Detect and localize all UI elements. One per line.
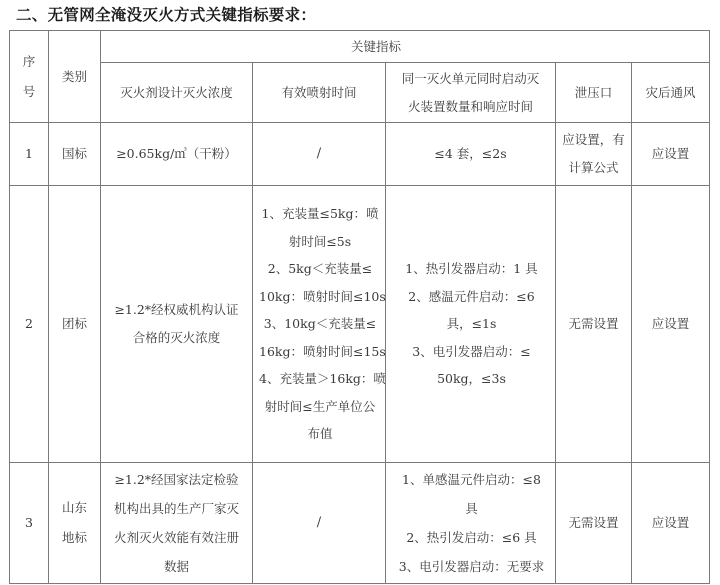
cell-seq: 3 bbox=[10, 463, 49, 584]
header-row-columns: 灭火剂设计灭火浓度 有效喷射时间 同一灭火单元同时启动灭 火装置数量和响应时间 … bbox=[10, 63, 710, 123]
cell-vent: 应设置，有 计算公式 bbox=[556, 123, 632, 186]
header-seq: 序 号 bbox=[10, 31, 49, 123]
spray-time-line: 4、充装量＞16kg：喷 bbox=[259, 365, 381, 393]
cell-category: 山东 地标 bbox=[49, 463, 101, 584]
spray-time-line: 10kg：喷射时间≤10s bbox=[259, 283, 381, 311]
units-response-line: 2、感温元件启动：≤6 bbox=[392, 283, 551, 311]
header-units-response: 同一灭火单元同时启动灭 火装置数量和响应时间 bbox=[386, 63, 556, 123]
cell-post-ventilation: 应设置 bbox=[632, 463, 710, 584]
header-row-group: 序 号 类别 关键指标 bbox=[10, 31, 710, 63]
concentration-line: 机构出具的生产厂家灭 bbox=[105, 494, 248, 523]
units-response-line: 3、电引发器启动：无要求 bbox=[392, 552, 551, 581]
document-title: 二、无管网全淹没灭火方式关键指标要求： bbox=[16, 3, 316, 25]
spray-time-line: 布值 bbox=[259, 420, 381, 448]
cell-vent-line1: 应设置，有 bbox=[560, 126, 627, 154]
spray-time-line: 1、充装量≤5kg：喷 bbox=[259, 200, 381, 228]
cell-vent-line2: 计算公式 bbox=[560, 154, 627, 182]
concentration-line: 数据 bbox=[105, 552, 248, 581]
header-concentration: 灭火剂设计灭火浓度 bbox=[101, 63, 253, 123]
cell-seq: 2 bbox=[10, 186, 49, 463]
cell-post-ventilation: 应设置 bbox=[632, 186, 710, 463]
header-spray-time: 有效喷射时间 bbox=[253, 63, 386, 123]
spray-time-line: 16kg：喷射时间≤15s bbox=[259, 338, 381, 366]
cell-concentration: ≥1.2*经国家法定检验 机构出具的生产厂家灭 火剂灭火效能有效注册 数据 bbox=[101, 463, 253, 584]
cell-concentration-line1: ≥1.2*经权威机构认证 bbox=[105, 296, 248, 324]
header-vent: 泄压口 bbox=[556, 63, 632, 123]
table-row: 2 团标 ≥1.2*经权威机构认证 合格的灭火浓度 1、充装量≤5kg：喷 射时… bbox=[10, 186, 710, 463]
cell-category: 国标 bbox=[49, 123, 101, 186]
cell-vent: 无需设置 bbox=[556, 186, 632, 463]
concentration-line: ≥1.2*经国家法定检验 bbox=[105, 465, 248, 494]
cell-vent: 无需设置 bbox=[556, 463, 632, 584]
header-category: 类别 bbox=[49, 31, 101, 123]
header-seq-line2: 号 bbox=[14, 77, 44, 107]
units-response-line: 2、热引发启动：≤6 具 bbox=[392, 523, 551, 552]
cell-spray-time: 1、充装量≤5kg：喷 射时间≤5s 2、5kg＜充装量≤ 10kg：喷射时间≤… bbox=[253, 186, 386, 463]
cell-category: 团标 bbox=[49, 186, 101, 463]
cell-units-response: ≤4 套，≤2s bbox=[386, 123, 556, 186]
cell-concentration-line2: 合格的灭火浓度 bbox=[105, 324, 248, 352]
cell-category-line2: 地标 bbox=[53, 523, 96, 553]
cell-seq: 1 bbox=[10, 123, 49, 186]
cell-units-response: 1、热引发器启动：1 具 2、感温元件启动：≤6 具，≤1s 3、电引发器启动：… bbox=[386, 186, 556, 463]
units-response-line: 50kg，≤3s bbox=[392, 365, 551, 393]
spray-time-line: 2、5kg＜充装量≤ bbox=[259, 255, 381, 283]
cell-concentration: ≥0.65kg/㎥（干粉） bbox=[101, 123, 253, 186]
cell-units-response: 1、单感温元件启动：≤8 具 2、热引发启动：≤6 具 3、电引发器启动：无要求 bbox=[386, 463, 556, 584]
units-response-line: 1、单感温元件启动：≤8 bbox=[392, 465, 551, 494]
cell-spray-time: / bbox=[253, 463, 386, 584]
units-response-line: 1、热引发器启动：1 具 bbox=[392, 255, 551, 283]
units-response-line: 具 bbox=[392, 494, 551, 523]
header-key-indicators-group: 关键指标 bbox=[101, 31, 710, 63]
header-units-line2: 火装置数量和响应时间 bbox=[390, 93, 551, 121]
header-units-line1: 同一灭火单元同时启动灭 bbox=[390, 65, 551, 93]
cell-category-line1: 山东 bbox=[53, 493, 96, 523]
concentration-line: 火剂灭火效能有效注册 bbox=[105, 523, 248, 552]
table-row: 1 国标 ≥0.65kg/㎥（干粉） / ≤4 套，≤2s 应设置，有 计算公式… bbox=[10, 123, 710, 186]
cell-spray-time: / bbox=[253, 123, 386, 186]
units-response-line: 具，≤1s bbox=[392, 310, 551, 338]
cell-post-ventilation: 应设置 bbox=[632, 123, 710, 186]
cell-concentration: ≥1.2*经权威机构认证 合格的灭火浓度 bbox=[101, 186, 253, 463]
spray-time-line: 射时间≤5s bbox=[259, 228, 381, 256]
key-indicators-table: 序 号 类别 关键指标 灭火剂设计灭火浓度 有效喷射时间 同一灭火单元同时启动灭… bbox=[9, 30, 710, 584]
spray-time-line: 射时间≤生产单位公 bbox=[259, 393, 381, 421]
units-response-line: 3、电引发器启动：≤ bbox=[392, 338, 551, 366]
table-row: 3 山东 地标 ≥1.2*经国家法定检验 机构出具的生产厂家灭 火剂灭火效能有效… bbox=[10, 463, 710, 584]
header-post-ventilation: 灾后通风 bbox=[632, 63, 710, 123]
header-seq-line1: 序 bbox=[14, 47, 44, 77]
spray-time-line: 3、10kg＜充装量≤ bbox=[259, 310, 381, 338]
